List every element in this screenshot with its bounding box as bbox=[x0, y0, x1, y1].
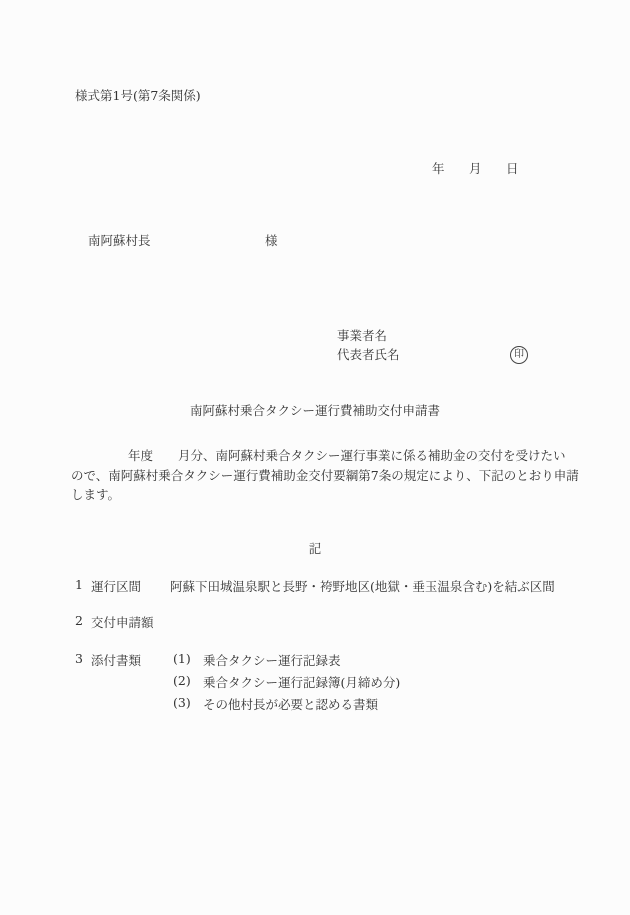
attachment-text: その他村長が必要と認める書類 bbox=[203, 695, 378, 713]
attachment-text: 乗合タクシー運行記録簿(月締め分) bbox=[203, 673, 400, 691]
document-title: 南阿蘇村乗合タクシー運行費補助交付申請書 bbox=[0, 401, 630, 419]
item-number: 2 bbox=[75, 613, 83, 628]
item-row-attached-documents: 3 添付書類 (1) 乗合タクシー運行記録表 bbox=[73, 651, 630, 671]
body-line-1: 年度 月分、南阿蘇村乗合タクシー運行事業に係る補助金の交付を受けたい bbox=[71, 446, 579, 466]
body-paragraph: 年度 月分、南阿蘇村乗合タクシー運行事業に係る補助金の交付を受けたい ので、南阿… bbox=[71, 446, 579, 505]
attachment-row-2: (2) 乗合タクシー運行記録簿(月締め分) bbox=[73, 673, 630, 693]
business-name-row: 事業者名 bbox=[337, 327, 400, 346]
business-name-label: 事業者名 bbox=[337, 328, 387, 343]
item-row-operating-section: 1 運行区間 阿蘇下田城温泉駅と長野・袴野地区(地獄・垂玉温泉含む)を結ぶ区間 bbox=[73, 577, 630, 597]
representative-name-label: 代表者氏名 bbox=[337, 347, 400, 362]
date-line: 年 月 日 bbox=[432, 159, 519, 177]
seal-icon: 印 bbox=[510, 346, 528, 364]
body-line-3: します。 bbox=[71, 485, 579, 505]
representative-row: 代表者氏名 印 bbox=[337, 346, 400, 365]
seal-label: 印 bbox=[514, 350, 524, 360]
attachment-text: 乗合タクシー運行記録表 bbox=[203, 651, 341, 669]
record-marker: 記 bbox=[0, 539, 630, 557]
application-form-page: 様式第1号(第7条関係) 年 月 日 南阿蘇村長 様 事業者名 代表者氏名 印 … bbox=[0, 0, 630, 915]
applicant-block: 事業者名 代表者氏名 印 bbox=[337, 327, 400, 364]
attachment-row-3: (3) その他村長が必要と認める書類 bbox=[73, 695, 630, 715]
item-label: 交付申請額 bbox=[91, 613, 154, 631]
date-day-label: 日 bbox=[506, 159, 519, 177]
date-month-label: 月 bbox=[469, 159, 482, 177]
item-label: 添付書類 bbox=[91, 651, 141, 669]
item-row-application-amount: 2 交付申請額 bbox=[73, 613, 630, 633]
addressee-line: 南阿蘇村長 様 bbox=[88, 231, 151, 249]
addressee-honorific: 様 bbox=[265, 231, 278, 249]
form-number: 様式第1号(第7条関係) bbox=[75, 86, 201, 104]
item-number: 1 bbox=[75, 577, 83, 592]
attachment-number: (3) bbox=[173, 695, 191, 710]
item-number: 3 bbox=[75, 651, 83, 666]
item-label: 運行区間 bbox=[91, 577, 141, 595]
attachment-number: (2) bbox=[173, 673, 191, 688]
body-line-2: ので、南阿蘇村乗合タクシー運行費補助金交付要綱第7条の規定により、下記のとおり申… bbox=[71, 466, 579, 486]
date-year-label: 年 bbox=[432, 159, 445, 177]
attachment-number: (1) bbox=[173, 651, 191, 666]
item-content: 阿蘇下田城温泉駅と長野・袴野地区(地獄・垂玉温泉含む)を結ぶ区間 bbox=[170, 577, 555, 595]
addressee-title: 南阿蘇村長 bbox=[88, 233, 151, 248]
